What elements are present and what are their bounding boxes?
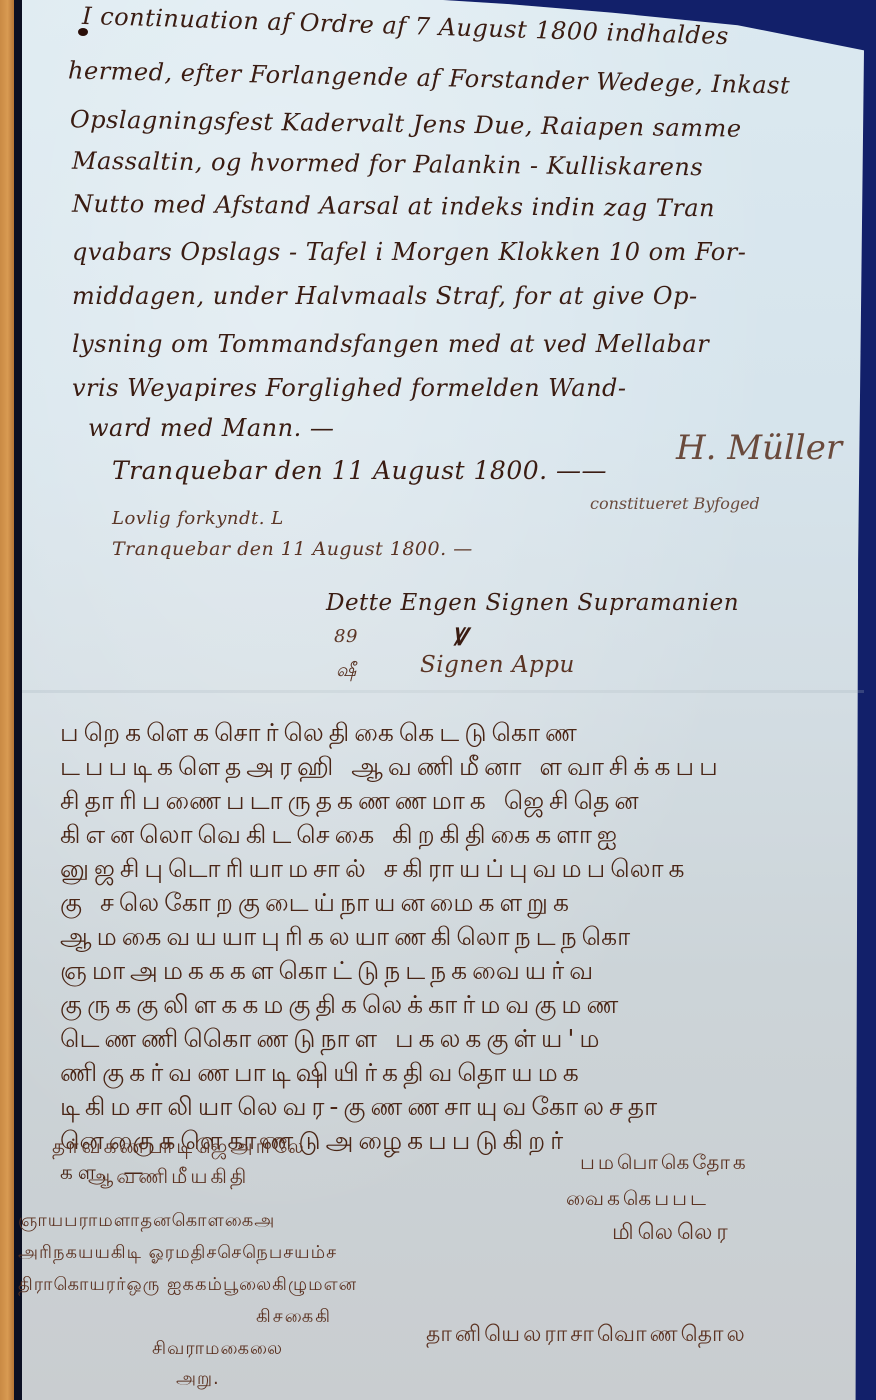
tamil-line-1: பறெகளெகசொர்லெதிகைகெடடுகொண [60, 718, 582, 751]
witness-line-2-prefix: ஷீ [336, 660, 357, 683]
tamil-signature-right-3: மிலெலெர [612, 1220, 732, 1248]
signature-muller: H. Müller [676, 428, 842, 468]
danish-line-10: ward med Mann. — [88, 414, 334, 442]
tamil-line-6: கு சலெகோறகுடைய்நாயனமைகளறுக [60, 888, 574, 921]
tamil-bottom-left-5: சிவராமகைலை [152, 1338, 283, 1361]
tamil-line-4: கிஎனலொவெகிடசெகை கிறகிதிகைகளாஐ [60, 820, 622, 853]
danish-line-5: Nutto med Afstand Aarsal at indeks indin… [72, 190, 715, 222]
handwriting-layer: I continuation af Ordre af 7 August 1800… [0, 0, 876, 1400]
tamil-line-11: ணிகுகர்வணபாடிஷியிர்கதிவதொயமக [60, 1058, 584, 1091]
danish-line-1: I continuation af Ordre af 7 August 1800… [82, 2, 729, 50]
place-date-line: Tranquebar den 11 August 1800. —— [112, 456, 607, 485]
tamil-signature-right-2: வைககெபபட [566, 1186, 709, 1213]
tamil-bottom-right: தானியெலராசாவொணதொல [426, 1322, 748, 1350]
certification-line-1: Lovlig forkyndt. L [112, 508, 284, 529]
danish-line-3: Opslagningsfest Kadervalt Jens Due, Raia… [70, 105, 742, 142]
danish-line-5-text: Nutto med Afstand Aarsal at indeks indin… [72, 190, 715, 222]
tamil-bottom-left-6: அறு. [176, 1368, 220, 1391]
witness-mark: Ꝟ [452, 620, 467, 653]
tamil-signature-left-2: ஆவணிமீயகிதி [88, 1164, 249, 1191]
signature-title: constitueret Byfoged [590, 494, 760, 513]
document-photo: I continuation af Ordre af 7 August 1800… [0, 0, 876, 1400]
tamil-line-3: சிதாரிபணைபடாருதகணணமாக ஜெசிதென [60, 786, 644, 819]
tamil-bottom-left-3: திராகொயரர்ஒரு ஐககம்பூலைகிழுமஎன [18, 1274, 357, 1297]
tamil-line-9: குருககுலிளககமகுதிகலெக்கார்மவகுமண [60, 990, 623, 1023]
tamil-bottom-left-2: அரிநகயயகிடி ஓரமதிசசெநெபசயம்ச [18, 1242, 337, 1265]
danish-line-4: Massaltin, og hvormed for Palankin - Kul… [72, 147, 703, 182]
danish-line-2: hermed, efter Forlangende af Forstander … [68, 56, 791, 99]
tamil-line-10: டெணணிகெொணடுநாள பகலககுள்ய'ம [60, 1024, 604, 1057]
tamil-line-12: டிகிமசாலியாலெவர-குணணசாயுவகோலசதா [60, 1092, 662, 1125]
danish-line-6: qvabars Opslags - Tafel i Morgen Klokken… [72, 238, 746, 266]
tamil-bottom-left-1: ஞாயபராமளாதனகொளகைஅ [18, 1210, 275, 1233]
tamil-signature-right-1: பமபொகெதோக [580, 1150, 749, 1177]
witness-prefix: 89 [334, 626, 358, 647]
tamil-signature-left-1: தர்வகணபாடிஜெஅரிலே [52, 1134, 307, 1161]
certification-line-2: Tranquebar den 11 August 1800. — [112, 538, 473, 560]
danish-line-9: vris Weyapires Forglighed formelden Wand… [72, 374, 627, 402]
tamil-line-2: டபபடிகளெதஅரஹி ஆவணிமீனா ளவாசிக்கபப [60, 752, 723, 785]
danish-line-8: lysning om Tommandsfangen med at ved Mel… [72, 330, 709, 358]
witness-line-1: Dette Engen Signen Supramanien [326, 590, 739, 616]
danish-line-7: middagen, under Halvmaals Straf, for at … [72, 282, 698, 310]
tamil-line-8: ஞமாஅமகககளகொட்டுநடநகவையர்வ [60, 956, 598, 989]
tamil-line-5: னுஜசிபுடொரியாமசால் சகிராயப்புவமபலொக [60, 854, 690, 887]
tamil-line-7: ஆமகைவயயாபுரிகலயாணகிலொநடநகொ [60, 922, 635, 955]
witness-line-2: Signen Appu [420, 652, 575, 678]
tamil-bottom-left-4: கிசகைகி [256, 1306, 332, 1329]
